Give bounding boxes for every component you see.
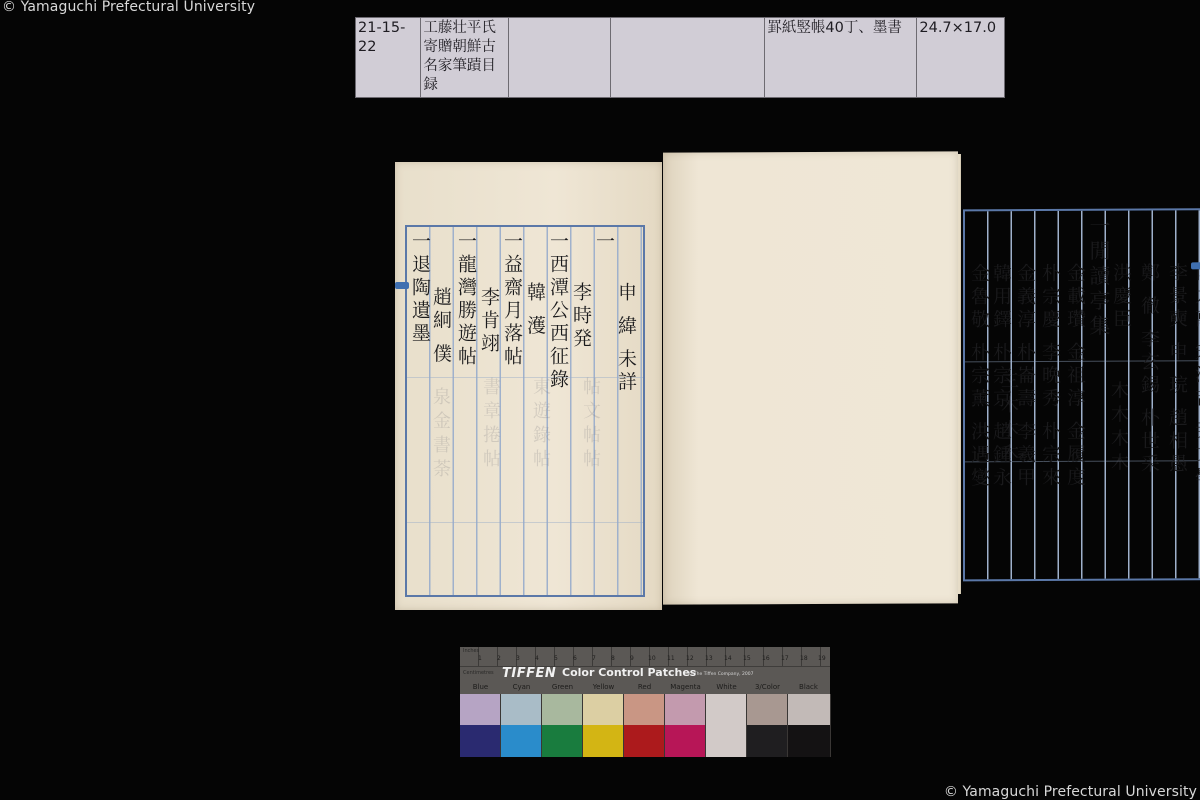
- patch-label-blue: Blue: [460, 683, 501, 691]
- tiffen-color-control-patches: Inches 1 2 3 4 5 6 7 8 9 10 11 12 13 14 …: [460, 647, 830, 757]
- patch-label-magenta: Magenta: [665, 683, 706, 691]
- patch-green-light: [542, 694, 583, 725]
- ruler-tick-label: 8: [611, 655, 615, 662]
- text-column-heading: 一: [593, 231, 614, 254]
- ruler-tick-label: 1: [478, 655, 482, 662]
- patch-cyan-dark: [501, 725, 542, 757]
- ruler-tick-label: 10: [648, 655, 656, 662]
- text-column: 李肯翊: [478, 287, 499, 356]
- text-column: 李時発: [570, 282, 591, 351]
- ruler-tick-label: 15: [743, 655, 751, 662]
- open-book-photo: 三木木木 木木木木 南九萬 宋浚吉 尹文學 李景奭 申 琓 趙相愚 鄭 徹 李玄…: [395, 150, 965, 615]
- ruler-tick-label: 18: [800, 655, 808, 662]
- record-format-cell: 罫紙竪帳40丁、墨書: [765, 18, 917, 98]
- ruler-tick-label: 16: [762, 655, 770, 662]
- patch-blue-dark: [460, 725, 501, 757]
- text-column: 金魯敬 朴宗薰 洪遇燮: [968, 263, 989, 490]
- patch-label-cyan: Cyan: [501, 683, 542, 691]
- text-column-heading: 一退陶遺墨: [409, 231, 430, 346]
- patch-label-3color: 3/Color: [747, 683, 788, 691]
- text-column: 李景奭 申 琓 趙相愚: [1166, 262, 1187, 476]
- text-column: 韓 濩: [524, 282, 545, 338]
- ruler-tick-label: 14: [724, 655, 732, 662]
- table-row: 21-15-22 工藤壮平氏寄贈朝鮮古名家筆蹟目録 罫紙竪帳40丁、墨書 24.…: [356, 18, 1005, 98]
- text-column-heading: 一益齋月落帖: [501, 231, 522, 369]
- binding-thread: [395, 282, 409, 289]
- text-column: 南九萬 宋浚吉 尹文學: [1192, 262, 1200, 489]
- chart-title: Color Control Patches: [562, 666, 696, 679]
- copyright-watermark-bottom: © Yamaguchi Prefectural University: [944, 784, 1197, 800]
- tiffen-logo: TIFFEN: [502, 666, 556, 681]
- ruler-tick-label: 13: [705, 655, 713, 662]
- right-page-ruled-grid: 三木木木 木木木木 南九萬 宋浚吉 尹文學 李景奭 申 琓 趙相愚 鄭 徹 李玄…: [963, 208, 1200, 581]
- text-column-heading: 一閒讀亭集: [1088, 215, 1109, 340]
- record-size-cell: 24.7×17.0: [917, 18, 1005, 98]
- patch-magenta-light: [665, 694, 706, 725]
- patch-yellow-dark: [583, 725, 624, 757]
- measurement-ruler: Inches 1 2 3 4 5 6 7 8 9 10 11 12 13 14 …: [460, 647, 830, 667]
- patch-label-white: White: [706, 683, 747, 691]
- text-column: 金義淳 朴崙壽 李羲甲: [1014, 263, 1035, 490]
- text-column: 洪慶臣: [1110, 263, 1131, 332]
- patch-3color-dark: [747, 725, 788, 757]
- catalog-record-table: 21-15-22 工藤壮平氏寄贈朝鮮古名家筆蹟目録 罫紙竪帳40丁、墨書 24.…: [355, 17, 1005, 98]
- ruler-tick-label: 3: [516, 655, 520, 662]
- ruler-tick-label: 2: [497, 655, 501, 662]
- patch-magenta-dark: [665, 725, 706, 757]
- patch-3color-light: [747, 694, 788, 725]
- patch-label-red: Red: [624, 683, 665, 691]
- patch-label-black: Black: [788, 683, 829, 691]
- ruler-cm-label: Centimetres: [463, 670, 494, 676]
- bleed-through-text: 泉金書荼: [427, 387, 453, 483]
- record-id-cell: 21-15-22: [356, 18, 421, 98]
- ruler-tick-label: 19: [818, 655, 826, 662]
- text-column: 申 緯 未詳: [615, 282, 636, 394]
- patch-blue-light: [460, 694, 501, 725]
- record-empty-cell-1: [509, 18, 611, 98]
- patch-cyan-light: [501, 694, 542, 725]
- ruler-tick-label: 4: [535, 655, 539, 662]
- left-page-ruled-grid: 泉金書荼 書章捲帖 東遊錄帖 帖文帖帖 一退陶遺墨 趙絅 僕 一龍灣勝遊帖 李肯…: [405, 225, 645, 597]
- patch-label-yellow: Yellow: [583, 683, 624, 691]
- patch-black-light: [788, 694, 831, 725]
- chart-copyright: © The Tiffen Company, 2007: [688, 672, 753, 677]
- left-page: 泉金書荼 書章捲帖 東遊錄帖 帖文帖帖 一退陶遺墨 趙絅 僕 一龍灣勝遊帖 李肯…: [395, 162, 662, 610]
- ruler-tick-label: 12: [686, 655, 694, 662]
- patch-green-dark: [542, 725, 583, 757]
- text-column: 趙絅 僕: [430, 287, 451, 366]
- bleed-through-text: 帖文帖帖: [577, 377, 603, 473]
- copyright-watermark-top: © Yamaguchi Prefectural University: [2, 0, 255, 15]
- right-page: 三木木木 木木木木 南九萬 宋浚吉 尹文學 李景奭 申 琓 趙相愚 鄭 徹 李玄…: [663, 151, 958, 604]
- ruler-inches-label: Inches: [463, 648, 479, 654]
- record-title-cell: 工藤壮平氏寄贈朝鮮古名家筆蹟目録: [421, 18, 509, 98]
- text-column: 朴宗慶 李晩秀 朴宗來: [1039, 263, 1060, 490]
- record-empty-cell-2: [611, 18, 765, 98]
- ruler-tick-label: 9: [630, 655, 634, 662]
- ruler-tick-label: 7: [592, 655, 596, 662]
- grid-rule: [407, 377, 643, 378]
- text-column-heading: 一西潭公西征錄: [547, 231, 568, 392]
- bleed-through-text: 書章捲帖: [477, 377, 503, 473]
- patch-yellow-light: [583, 694, 624, 725]
- grid-rule: [407, 522, 643, 523]
- patch-white: [706, 694, 747, 757]
- bleed-through-text: 木木木木: [1105, 381, 1131, 477]
- ruler-tick-label: 17: [781, 655, 789, 662]
- text-column: 金載瓚 金祖淳 金履度: [1064, 263, 1085, 490]
- patch-label-green: Green: [542, 683, 583, 691]
- binding-thread: [1191, 262, 1200, 269]
- ruler-tick-label: 6: [573, 655, 577, 662]
- text-column: 韓用鐸 朴宗京 趙鍾永: [990, 263, 1011, 490]
- text-column: 鄭 徹 李玄錫 朴世采: [1138, 262, 1159, 476]
- text-column-heading: 一龍灣勝遊帖: [455, 231, 476, 369]
- patch-red-dark: [624, 725, 665, 757]
- patch-red-light: [624, 694, 665, 725]
- ruler-tick-label: 11: [667, 655, 675, 662]
- patch-black-dark: [788, 725, 831, 757]
- patch-labels: Blue Cyan Green Yellow Red Magenta White…: [460, 683, 830, 693]
- ruler-tick-label: 5: [554, 655, 558, 662]
